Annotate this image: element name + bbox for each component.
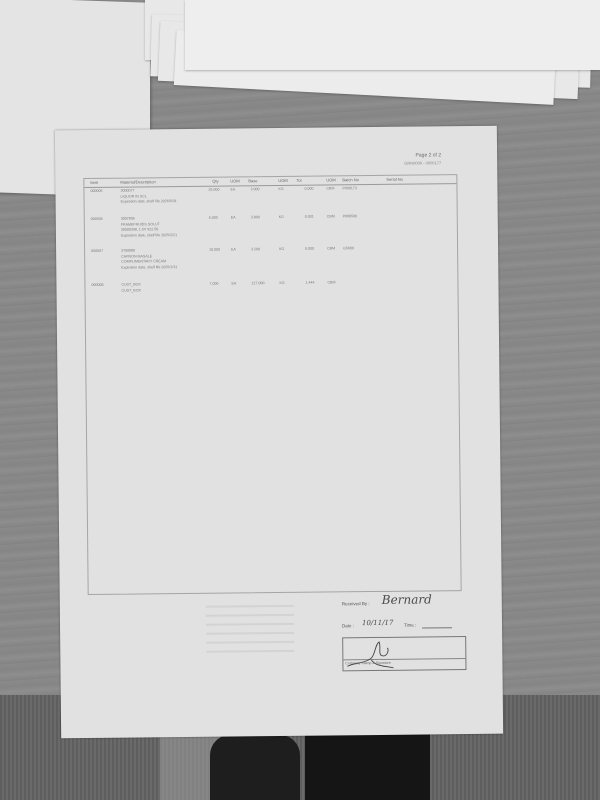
description-line: Expiration date, shelf life 2025/1/31 <box>121 265 177 271</box>
document-number: GRN0000 - 0000177 <box>404 160 441 165</box>
tol-uom-cell: CBM <box>326 186 334 192</box>
batch-cell: P000580 <box>343 214 357 220</box>
base-cell: 127.000 <box>251 281 264 287</box>
base-uom-cell: KG <box>279 247 284 253</box>
tol-cell: 0.000 <box>305 247 314 253</box>
header-uom: UOM <box>230 178 239 183</box>
table-row: 0000066.000EA3.800KG0.001CBMP00058030078… <box>85 213 457 217</box>
table-row: 0000087.000EA127.000KG1.444CBMCUST_BOXCU… <box>85 279 457 283</box>
base-cell: 3.000 <box>250 187 259 193</box>
description-line: Expiration date, shelf life 2025/2/21 <box>121 233 177 239</box>
header-batch: Batch No <box>342 177 359 182</box>
time-blank-line <box>422 627 452 628</box>
header-qty: Qty <box>212 179 218 184</box>
header-tol: Tol <box>296 178 301 183</box>
qty-cell: 10.000 <box>209 248 220 254</box>
tol-uom-cell: CBM <box>327 246 335 252</box>
tol-cell: 0.000 <box>304 187 313 193</box>
stamp-signature-box: Company Stamp & Signature <box>342 636 466 671</box>
items-table: Item Material/Description Qty UOM Base U… <box>83 174 461 595</box>
uom-cell: EA <box>231 215 236 221</box>
header-base-uom: UOM <box>278 178 287 183</box>
date-label: Date : <box>342 623 354 628</box>
date-value: 10/11/17 <box>362 619 394 627</box>
received-by-signature: Bernard <box>382 592 432 607</box>
time-label: Time : <box>404 623 416 628</box>
header-item: Item <box>90 180 98 185</box>
received-by-label: Received By : <box>342 601 370 606</box>
uom-cell: EA <box>230 187 235 193</box>
base-uom-cell: KG <box>279 215 284 221</box>
tol-cell: 0.001 <box>305 215 314 221</box>
faint-printed-block <box>200 598 301 679</box>
person-legs <box>210 735 430 800</box>
table-header: Item Material/Description Qty UOM Base U… <box>84 175 456 188</box>
base-uom-cell: KG <box>278 187 283 193</box>
item-cell: 000006 <box>91 217 103 223</box>
header-tol-uom: UOM <box>326 177 335 182</box>
base-cell: 3.800 <box>251 215 260 221</box>
batch-cell: P000173 <box>342 186 356 192</box>
paper-stack <box>145 0 600 110</box>
goods-received-document: Page 2 of 2 GRN0000 - 0000177 Item Mater… <box>55 126 503 739</box>
page-label: Page 2 of 2 <box>416 152 442 158</box>
qty-cell: 25.000 <box>208 188 219 194</box>
item-cell: 000005 <box>90 189 102 195</box>
uom-cell: EA <box>231 247 236 253</box>
item-cell: 000007 <box>91 249 103 255</box>
batch-cell: G5000 <box>343 246 354 252</box>
stamp-box-caption: Company Stamp & Signature <box>345 661 390 665</box>
signature-block: Received By : Bernard Date : 10/11/17 Ti… <box>334 594 475 685</box>
qty-cell: 7.000 <box>209 282 218 288</box>
tol-uom-cell: CBM <box>327 214 335 220</box>
description-line: CUST_BOX <box>121 288 140 294</box>
tol-uom-cell: CBM <box>327 280 335 286</box>
header-base: Base <box>248 178 257 183</box>
header-description: Material/Description <box>120 179 155 184</box>
uom-cell: EA <box>231 281 236 287</box>
qty-cell: 6.000 <box>209 216 218 222</box>
tol-cell: 1.444 <box>305 281 314 287</box>
base-cell: 3.200 <box>251 247 260 253</box>
header-serial: Serial No <box>386 177 403 182</box>
description-line: Expiration date, shelf life 2026/5/31 <box>121 199 177 205</box>
base-uom-cell: KG <box>279 281 284 287</box>
item-cell: 000008 <box>91 283 103 289</box>
table-row: 00000710.000EA3.200KG0.000CBMG5000370088… <box>85 245 457 249</box>
